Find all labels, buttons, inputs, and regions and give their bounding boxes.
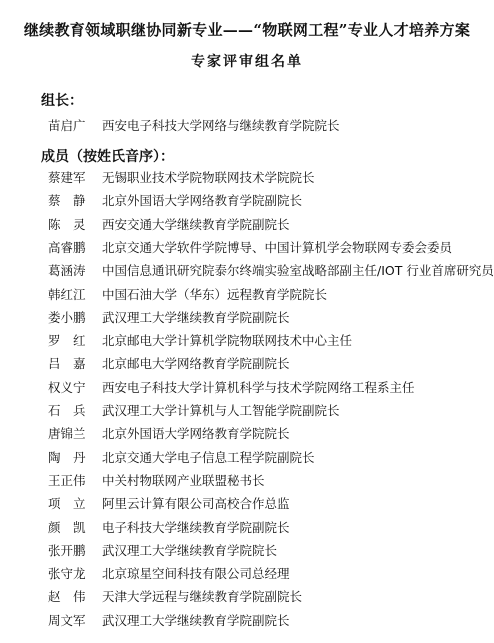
member-role: 中国信息通讯研究院泰尔终端实验室战略部副主任/IOT 行业首席研究员 <box>102 260 494 282</box>
member-name: 苗启广 <box>48 115 102 137</box>
member-name: 陶 丹 <box>48 447 102 469</box>
member-name: 罗 红 <box>48 330 102 352</box>
member-role: 北京外国语大学网络教育学院院长 <box>102 423 290 445</box>
member-role: 西安电子科技大学网络与继续教育学院院长 <box>102 115 340 137</box>
member-row: 权义宁西安电子科技大学计算机科学与技术学院网络工程系主任 <box>48 377 415 399</box>
member-role: 武汉理工大学计算机与人工智能学院副院长 <box>102 400 340 422</box>
member-row: 陶 丹北京交通大学电子信息工程学院副院长 <box>48 447 315 469</box>
member-row: 张守龙北京琼星空间科技有限公司总经理 <box>48 563 290 585</box>
member-role: 中关村物联网产业联盟秘书长 <box>102 470 265 492</box>
member-row: 唐锦兰北京外国语大学网络教育学院院长 <box>48 423 290 445</box>
member-row: 吕 嘉北京邮电大学网络教育学院副院长 <box>48 353 290 375</box>
member-name: 高睿鹏 <box>48 237 102 259</box>
member-name: 唐锦兰 <box>48 423 102 445</box>
member-name: 葛涵涛 <box>48 260 102 282</box>
member-name: 张守龙 <box>48 563 102 585</box>
member-row: 张开鹏武汉理工大学继续教育学院院长 <box>48 540 277 562</box>
member-row: 娄小鹏武汉理工大学继续教育学院副院长 <box>48 307 290 329</box>
member-name: 权义宁 <box>48 377 102 399</box>
member-role: 北京琼星空间科技有限公司总经理 <box>102 563 290 585</box>
member-role: 北京邮电大学网络教育学院副院长 <box>102 353 290 375</box>
member-role: 武汉理工大学继续教育学院院长 <box>102 540 277 562</box>
member-role: 北京外国语大学网络教育学院副院长 <box>102 190 302 212</box>
member-name: 吕 嘉 <box>48 353 102 375</box>
member-name: 蔡建军 <box>48 167 102 189</box>
leader-row: 苗启广 西安电子科技大学网络与继续教育学院院长 <box>48 115 340 137</box>
member-role: 阿里云计算有限公司高校合作总监 <box>102 493 290 515</box>
member-role: 北京邮电大学计算机学院物联网技术中心主任 <box>102 330 352 352</box>
member-row: 赵 伟天津大学远程与继续教育学院副院长 <box>48 586 302 608</box>
member-role: 无锡职业技术学院物联网技术学院院长 <box>102 167 315 189</box>
member-name: 项 立 <box>48 493 102 515</box>
member-row: 蔡 静北京外国语大学网络教育学院副院长 <box>48 190 302 212</box>
member-name: 韩红江 <box>48 284 102 306</box>
member-row: 颜 凯电子科技大学继续教育学院副院长 <box>48 517 290 539</box>
member-name: 张开鹏 <box>48 540 102 562</box>
member-name: 石 兵 <box>48 400 102 422</box>
member-row: 葛涵涛中国信息通讯研究院泰尔终端实验室战略部副主任/IOT 行业首席研究员 <box>48 260 494 282</box>
member-role: 天津大学远程与继续教育学院副院长 <box>102 586 302 608</box>
member-row: 项 立阿里云计算有限公司高校合作总监 <box>48 493 290 515</box>
member-name: 陈 灵 <box>48 214 102 236</box>
members-heading: 成员（按姓氏音序）： <box>41 146 174 166</box>
member-row: 韩红江中国石油大学（华东）远程教育学院院长 <box>48 284 327 306</box>
member-name: 娄小鹏 <box>48 307 102 329</box>
member-role: 西安交通大学继续教育学院副院长 <box>102 214 290 236</box>
member-role: 电子科技大学继续教育学院副院长 <box>102 517 290 539</box>
member-role: 北京交通大学电子信息工程学院副院长 <box>102 447 315 469</box>
document-subtitle: 专家评审组名单 <box>0 51 494 71</box>
member-row: 王正伟中关村物联网产业联盟秘书长 <box>48 470 265 492</box>
member-role: 西安电子科技大学计算机科学与技术学院网络工程系主任 <box>102 377 415 399</box>
member-name: 周文军 <box>48 610 102 632</box>
leader-heading: 组长： <box>41 90 83 110</box>
member-row: 周文军武汉理工大学继续教育学院副院长 <box>48 610 290 632</box>
member-name: 蔡 静 <box>48 190 102 212</box>
member-row: 石 兵武汉理工大学计算机与人工智能学院副院长 <box>48 400 340 422</box>
member-row: 罗 红北京邮电大学计算机学院物联网技术中心主任 <box>48 330 352 352</box>
document-title: 继续教育领域职继协同新专业——“物联网工程”专业人才培养方案 <box>0 19 494 40</box>
member-role: 武汉理工大学继续教育学院副院长 <box>102 610 290 632</box>
member-role: 中国石油大学（华东）远程教育学院院长 <box>102 284 327 306</box>
member-name: 颜 凯 <box>48 517 102 539</box>
member-row: 高睿鹏北京交通大学软件学院博导、中国计算机学会物联网专委会委员 <box>48 237 452 259</box>
member-row: 蔡建军无锡职业技术学院物联网技术学院院长 <box>48 167 315 189</box>
member-row: 陈 灵西安交通大学继续教育学院副院长 <box>48 214 290 236</box>
member-name: 赵 伟 <box>48 586 102 608</box>
member-role: 北京交通大学软件学院博导、中国计算机学会物联网专委会委员 <box>102 237 452 259</box>
member-name: 王正伟 <box>48 470 102 492</box>
member-role: 武汉理工大学继续教育学院副院长 <box>102 307 290 329</box>
